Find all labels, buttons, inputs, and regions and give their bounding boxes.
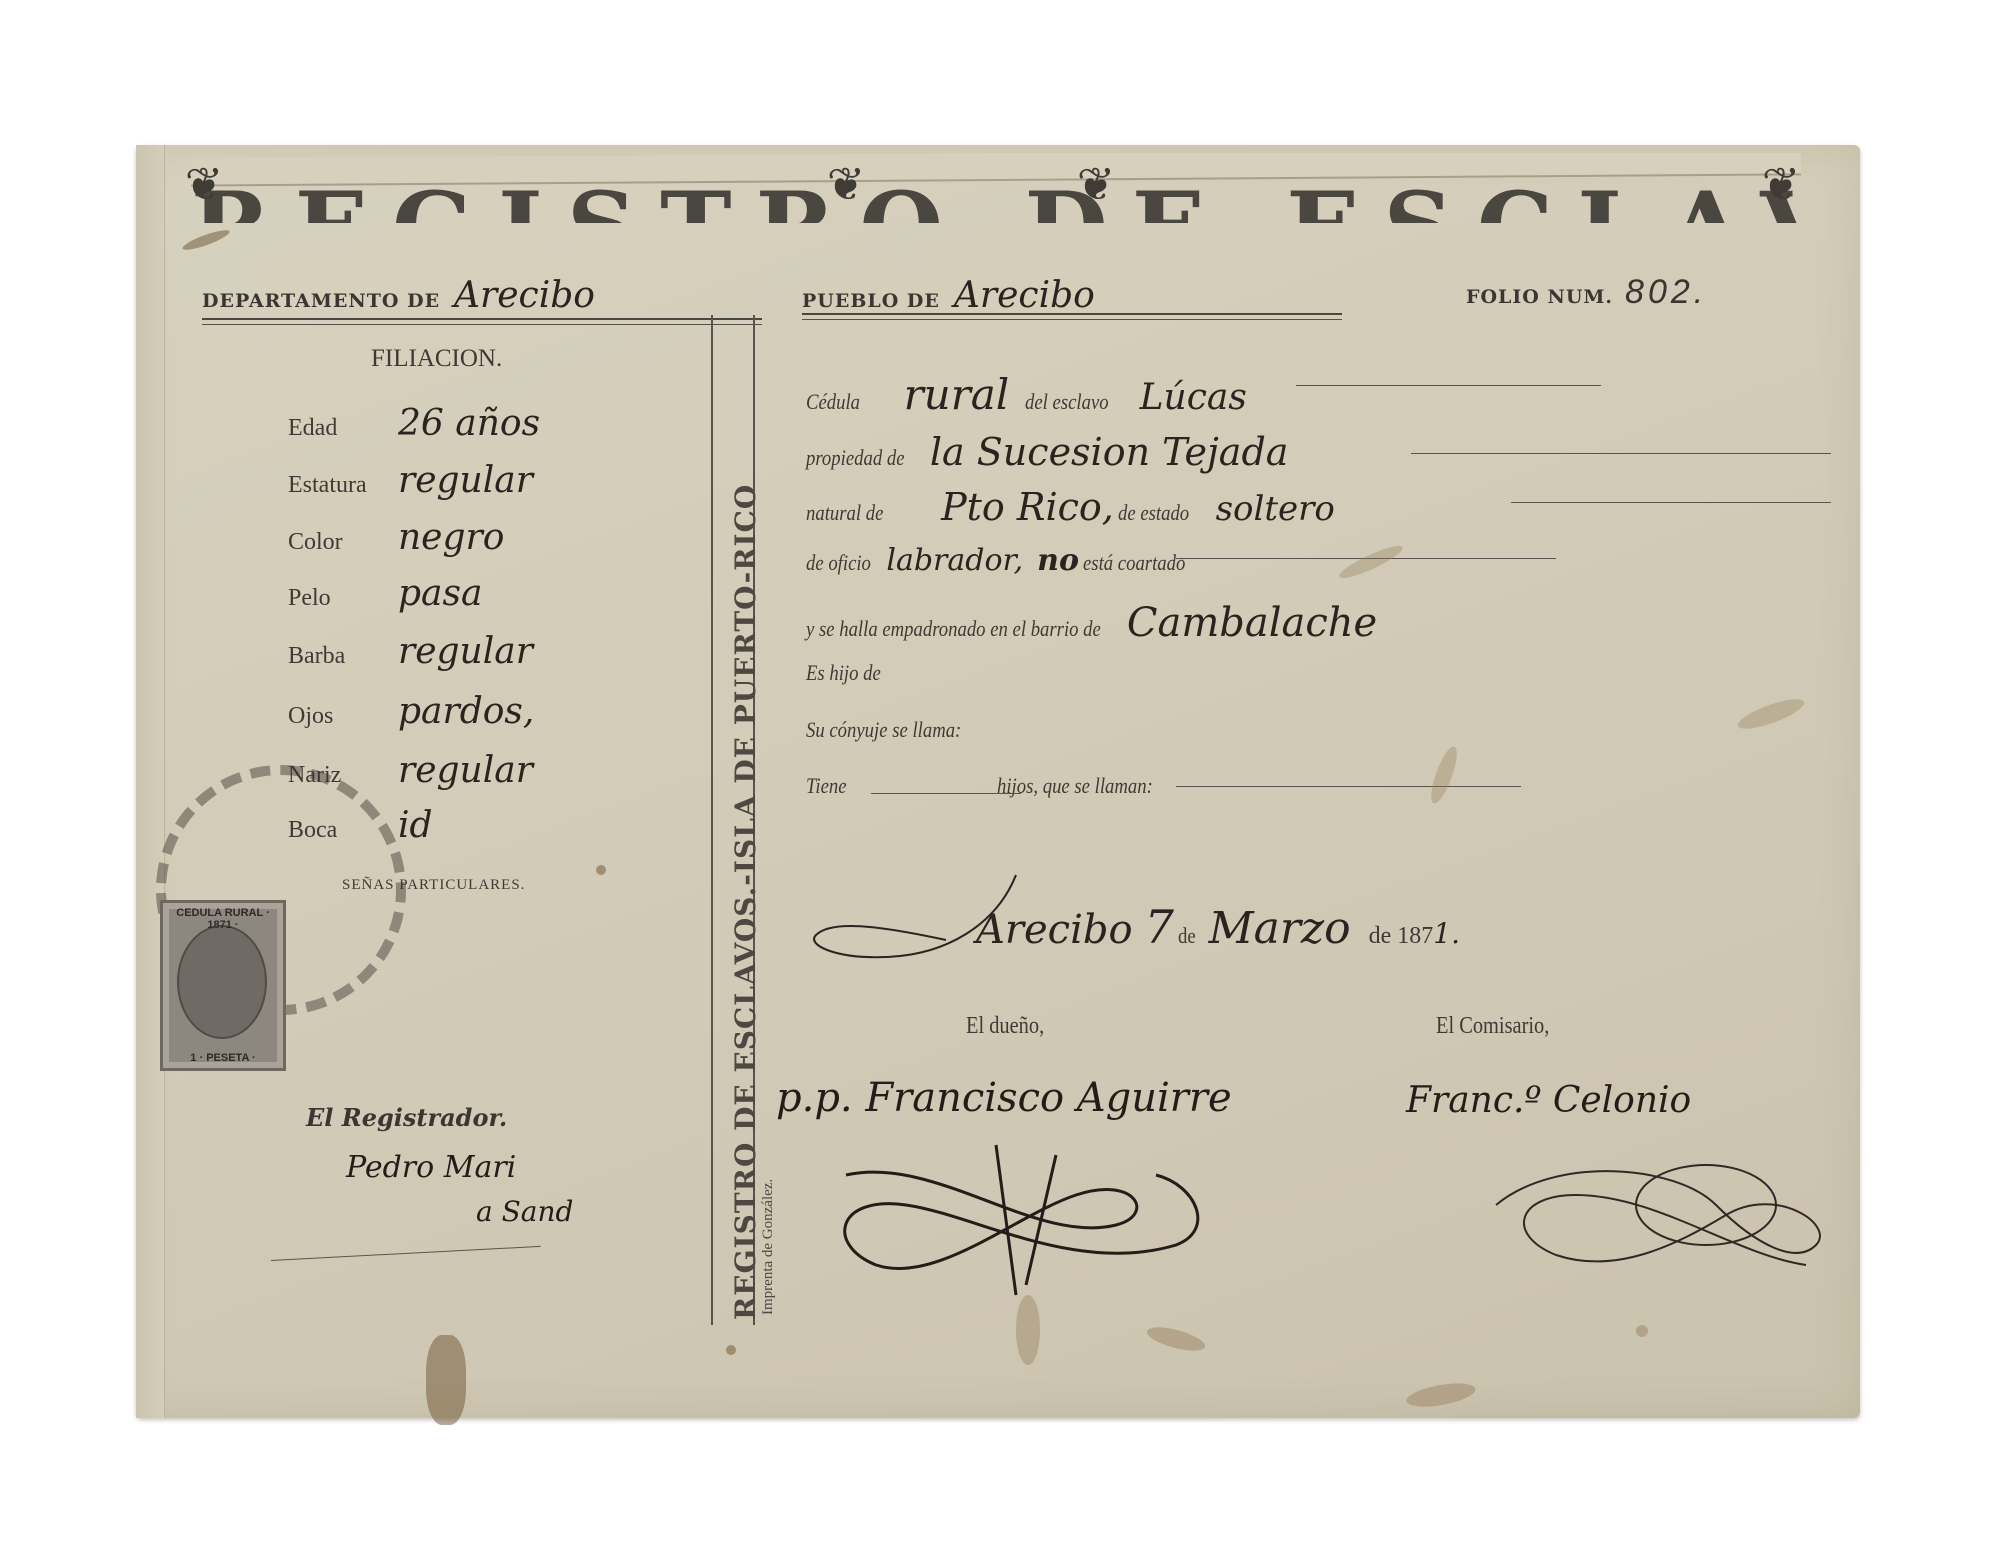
document-title: REGISTRO DE ESCLAVOS. [191,153,1801,223]
slave-registry-document: REGISTRO DE ESCLAVOS. ❦ ❦ ❦ ❦ DEPARTAMEN… [136,145,1860,1418]
departamento-value: Arecibo [454,275,595,316]
coartado-label: está coartado [1083,550,1185,576]
shell-ornament-icon: ❦ [174,155,234,215]
cedula-line-5: y se halla empadronado en el barrio de C… [806,600,1377,646]
filiacion-field-label: Estatura [288,472,398,499]
folio-label: FOLIO NUM. [1466,286,1613,308]
fill-line [1411,453,1831,454]
pueblo-label: PUEBLO DE [802,290,940,312]
estado-value: soltero [1216,489,1335,529]
conyuge-label: Su cónyuje se llama: [806,717,961,743]
registrador-signature-continued: a Sand [476,1195,573,1228]
water-stain [1336,541,1405,583]
filiacion-heading: FILIACION. [371,345,502,373]
fill-line [871,793,1021,794]
cedula-label: Cédula [806,389,860,415]
comisario-signature: Franc.º Celonio [1406,1080,1691,1121]
coat-of-arms-icon [177,925,267,1039]
filiacion-field-value: negro [398,517,504,558]
water-stain [1426,744,1462,806]
fill-line [1511,502,1831,503]
filiacion-field-label: Barba [288,643,398,670]
registrador-flourish [271,1246,541,1261]
barrio-value: Cambalache [1127,600,1377,646]
header-rule [202,324,762,325]
ink-spot [726,1345,736,1355]
natural-label: natural de [806,500,883,526]
date-month-value: Marzo [1209,903,1351,954]
cedula-line-6: Es hijo de [806,660,894,686]
water-stain [1016,1295,1040,1365]
header-rule [202,318,762,320]
cedula-line-8: Tiene hijos, que se llaman: [806,773,1180,799]
filiacion-field-value: pasa [398,573,482,614]
esclavo-label: del esclavo [1025,389,1109,415]
ink-spot [596,865,606,875]
filiacion-field-value: 26 años [398,403,540,444]
filiacion-row: Edad26 años [288,403,540,444]
barrio-label: y se halla empadronado en el barrio de [806,616,1101,642]
date-year-prefix: de 187 [1369,923,1434,949]
date-day-value: 7 [1145,900,1174,954]
stamp-bottom-text: 1 · PESETA · [163,1052,283,1064]
header-rule [802,319,1342,320]
shell-ornament-icon: ❦ [1751,155,1811,215]
registrador-label: El Registrador. [306,1103,507,1132]
cedula-line-3: natural de Pto Rico, de estado soltero [806,485,1335,529]
filiacion-row: Estaturaregular [288,460,533,501]
filiacion-field-value: id [398,805,433,846]
oficio-value: labrador, [886,543,1023,578]
cedula-line-4: de oficio labrador, no está coartado [806,543,1203,578]
oficio-label: de oficio [806,550,871,576]
departamento-field: DEPARTAMENTO DE Arecibo [202,275,595,316]
esclavo-name-value: Lúcas [1140,377,1247,418]
dueno-rubric-flourish [816,1135,1236,1315]
natural-value: Pto Rico, [941,485,1114,529]
vertical-band-title: REGISTRO DE ESCLAVOS.-ISLA DE PUERTO-RIC… [729,484,762,1320]
printer-imprint: Imprenta de González. [760,1179,777,1315]
filiacion-row: Ojospardos, [288,691,534,732]
filiacion-field-label: Ojos [288,703,398,730]
paper-edge [136,145,165,1418]
fill-line [1176,786,1521,787]
hijo-de-label: Es hijo de [806,660,881,686]
filiacion-field-value: regular [398,750,533,791]
pueblo-value: Arecibo [954,275,1095,316]
coartado-value: no [1037,543,1079,578]
estado-label: de estado [1118,500,1189,526]
filiacion-field-label: Color [288,529,398,556]
cedula-type-value: rural [904,370,1010,419]
date-de-label: de [1178,923,1196,949]
date-flourish [806,865,1026,975]
pueblo-field: PUEBLO DE Arecibo [802,275,1095,316]
filiacion-field-value: pardos, [398,691,534,732]
comisario-label: El Comisario, [1436,1013,1549,1040]
tiene-label: Tiene [806,773,847,799]
water-stain [1145,1323,1208,1356]
dueno-label: El dueño, [966,1013,1044,1040]
water-stain [1735,694,1807,735]
filiacion-row: Barbaregular [288,631,533,672]
registrador-signature: Pedro Mari [346,1150,516,1185]
dueno-signature: p.p. Francisco Aguirre [776,1075,1232,1121]
cedula-line-2: propiedad de la Sucesion Tejada [806,430,1288,474]
shell-ornament-icon: ❦ [816,155,876,215]
folio-value: 802. [1625,273,1707,311]
propiedad-label: propiedad de [806,445,905,471]
water-stain [1405,1379,1477,1411]
water-stain [426,1335,466,1425]
filiacion-row: Colornegro [288,517,504,558]
date-year-suffix: 1. [1433,917,1460,950]
filiacion-field-value: regular [398,631,533,672]
comisario-rubric-flourish [1476,1145,1856,1295]
folio-field: FOLIO NUM. 802. [1466,273,1707,312]
fill-line [1296,385,1601,386]
cedula-line-7: Su cónyuje se llama: [806,717,989,743]
filiacion-field-value: regular [398,460,533,501]
date-line: Arecibo 7 de Marzo de 1871. [976,900,1460,954]
departamento-label: DEPARTAMENTO DE [202,290,440,312]
hijos-label: hijos, que se llaman: [997,773,1153,799]
filiacion-row: Pelopasa [288,573,482,614]
ink-spot [1636,1325,1648,1337]
header-rule [802,313,1342,315]
cedula-line-1: Cédula rural del esclavo Lúcas [806,370,1247,419]
shell-ornament-icon: ❦ [1066,155,1126,215]
stamp-top-text: CEDULA RURAL · 1871 · [163,907,283,931]
ink-stain [181,227,231,253]
propietario-value: la Sucesion Tejada [930,430,1289,474]
cedula-rural-revenue-stamp: CEDULA RURAL · 1871 · 1 · PESETA · [160,900,286,1071]
filiacion-field-label: Edad [288,415,398,442]
filiacion-field-label: Pelo [288,585,398,612]
